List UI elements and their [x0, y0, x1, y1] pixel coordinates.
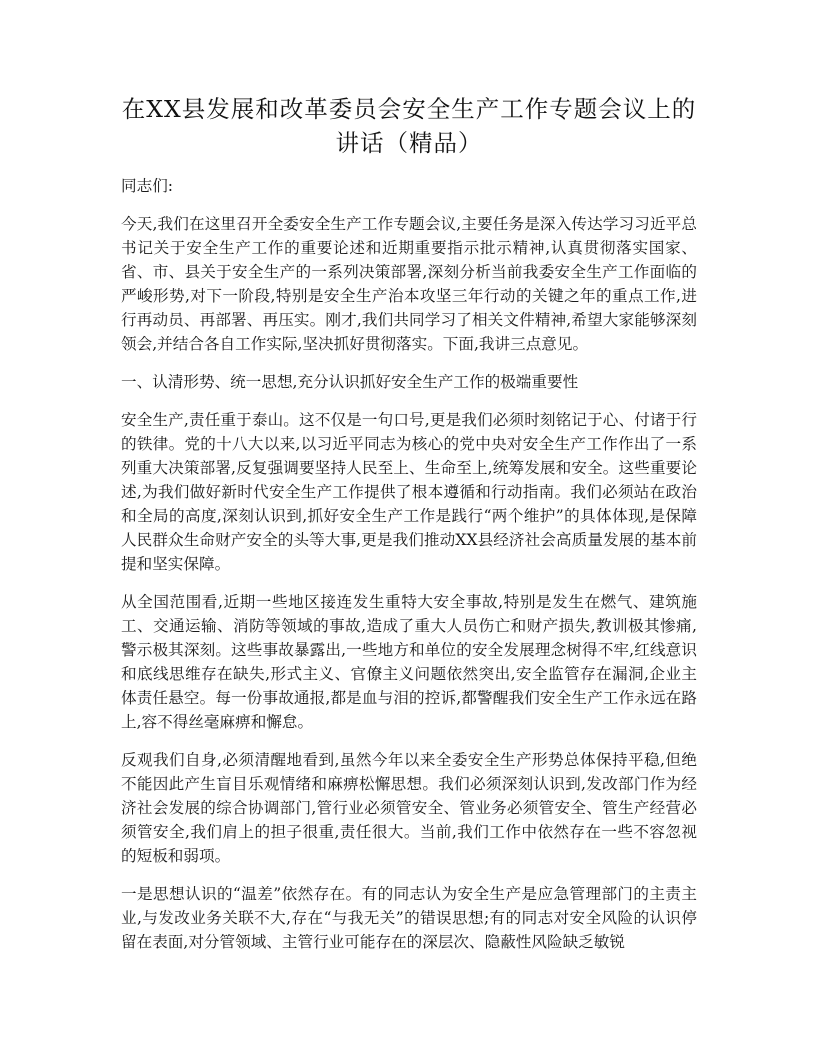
title-line-1: 在XX县发展和改革委员会安全生产工作专题会议上的	[91, 92, 727, 126]
section-heading-1: 一、认清形势、统一思想,充分认识抓好安全生产工作的极端重要性	[121, 370, 697, 394]
paragraph-intro: 今天,我们在这里召开全委安全生产工作专题会议,主要任务是深入传达学习习近平总书记…	[121, 212, 697, 356]
paragraph-safety-responsibility: 安全生产,责任重于泰山。这不仅是一句口号,更是我们必须时刻铭记于心、付诸于行的铁…	[121, 408, 697, 576]
title-line-2: 讲话（精品）	[91, 126, 727, 160]
paragraph-self-reflection: 反观我们自身,必须清醒地看到,虽然今年以来全委安全生产形势总体保持平稳,但绝不能…	[121, 748, 697, 868]
paragraph-national-situation: 从全国范围看,近期一些地区接连发生重特大安全事故,特别是发生在燃气、建筑施工、交…	[121, 590, 697, 734]
document-page: 在XX县发展和改革委员会安全生产工作专题会议上的 讲话（精品） 同志们: 今天,…	[121, 92, 697, 968]
salutation: 同志们:	[121, 174, 697, 198]
paragraph-point-one: 一是思想认识的“温差”依然存在。有的同志认为安全生产是应急管理部门的主责主业,与…	[121, 882, 697, 954]
document-title: 在XX县发展和改革委员会安全生产工作专题会议上的 讲话（精品）	[91, 92, 727, 160]
